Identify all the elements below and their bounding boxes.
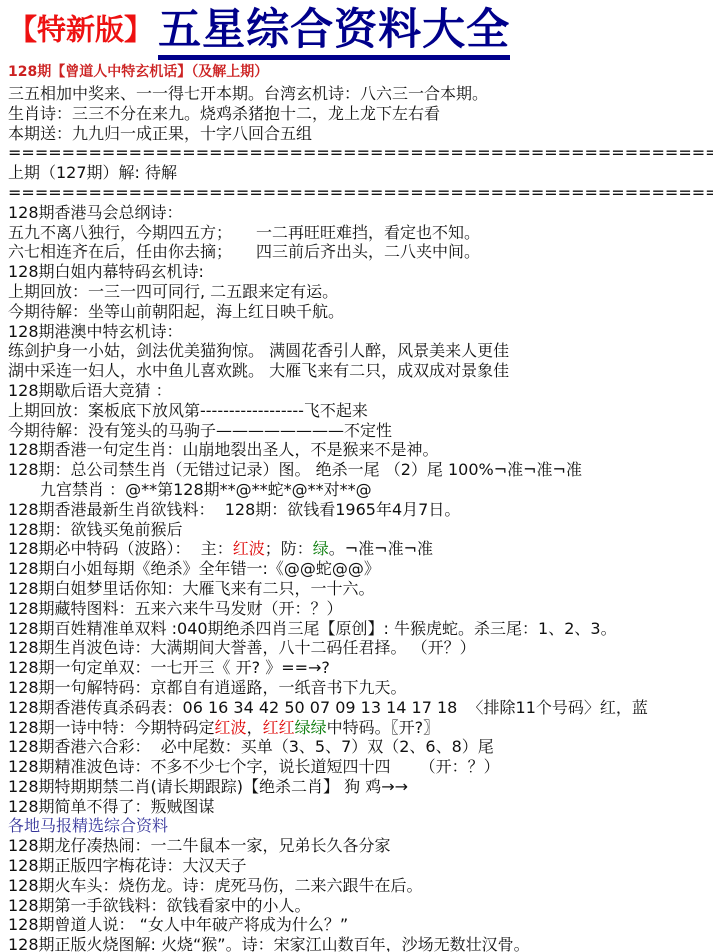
content-lines: 三五相加中奖来、一一得七开本期。台湾玄机诗：八六三一合本期。生肖诗：三三不分在来… bbox=[8, 84, 713, 952]
text-line: 九宫禁肖 ：@**第128期**@**蛇*@**对**@ bbox=[8, 480, 713, 500]
text-line: 128期必中特码（波路）： 主：红波；防：绿。¬准¬准¬准 bbox=[8, 539, 713, 559]
text-line: 128期一句定单双：一七开三《 开? 》==→? bbox=[8, 658, 713, 678]
text-line: 128期正版四字梅花诗：大汉天子 bbox=[8, 856, 713, 876]
text-line: 上期（127期）解: 待解 bbox=[8, 163, 713, 183]
page: 【特新版】 五星综合资料大全 128期【曾道人中特玄机话】（及解上期） 三五相加… bbox=[0, 0, 713, 952]
text-line: 128期：欲钱买兔前猴后 bbox=[8, 520, 713, 540]
text-line: 128期曾道人说： “女人中年破产将成为什么？” bbox=[8, 915, 713, 935]
text-line: 生肖诗：三三不分在来九。烧鸡杀猪抱十二，龙上龙下左右看 bbox=[8, 104, 713, 124]
text-line: 今期待解：坐等山前朝阳起，海上红日映千航。 bbox=[8, 302, 713, 322]
text-line: 128期第一手欲钱料：欲钱看家中的小人。 bbox=[8, 896, 713, 916]
text-line: 128期火车头：烧伤龙。诗：虎死马伤，二来六跟牛在后。 bbox=[8, 876, 713, 896]
text-line: 上期回放：一三一四可同行, 二五跟来定有运。 bbox=[8, 282, 713, 302]
page-header: 【特新版】 五星综合资料大全 bbox=[8, 2, 713, 60]
text-line: 128期香港最新生肖欲钱料： 128期：欲钱看1965年4月7日。 bbox=[8, 500, 713, 520]
text-line: 上期回放：案板底下放风第------------------飞不起来 bbox=[8, 401, 713, 421]
text-line: 128期龙仔凑热闹：一二牛鼠本一家，兄弟长久各分家 bbox=[8, 836, 713, 856]
text-line: 练剑护身一小姑，剑法优美猫狗惊。 满圆花香引人醉，风景美来人更佳 bbox=[8, 341, 713, 361]
text-line: 128期一诗中特：今期特码定红波，红红绿绿中特码。〖开?〗 bbox=[8, 718, 713, 738]
text-line: 128期港澳中特玄机诗： bbox=[8, 322, 713, 342]
text-line: 128期白姐内幕特码玄机诗: bbox=[8, 262, 713, 282]
text-line: 128期歇后语大竞猜 ： bbox=[8, 381, 713, 401]
text-line: 128期香港传真杀码表：06 16 34 42 50 07 09 13 14 1… bbox=[8, 698, 713, 718]
text-line: 湖中采连一妇人，水中鱼儿喜欢跳。 大雁飞来有二只，成双成对景象佳 bbox=[8, 361, 713, 381]
text-line: 128期香港一句定生肖：山崩地裂出圣人，不是猴来不是神。 bbox=[8, 440, 713, 460]
text-line: 128期特期期禁二肖(请长期跟踪)【绝杀二肖】 狗 鸡→→ bbox=[8, 777, 713, 797]
text-line: 128期白姐梦里话你知：大雁飞来有二只，一十六。 bbox=[8, 579, 713, 599]
text-line: 128期白小姐每期《绝杀》全年错一:《@@蛇@@》 bbox=[8, 559, 713, 579]
text-line: 128期精准波色诗：不多不少七个字，说长道短四十四 （开：？） bbox=[8, 757, 713, 777]
issue-subtitle: 128期【曾道人中特玄机话】（及解上期） bbox=[8, 63, 713, 82]
divider-line: ========================================… bbox=[8, 183, 713, 203]
text-line: 128期香港马会总纲诗： bbox=[8, 203, 713, 223]
text-line: 128期藏特图料：五来六来牛马发财（开：？） bbox=[8, 599, 713, 619]
divider-line: ========================================… bbox=[8, 143, 713, 163]
text-line: 128期百姓精准单双料 :040期绝杀四肖三尾【原创】: 牛猴虎蛇。杀三尾：1、… bbox=[8, 619, 713, 639]
text-line: 128期正版火烧图解: 火烧“猴”。诗：宋家江山数百年，沙场无数壮汉骨。 bbox=[8, 935, 713, 952]
text-line: 六七相连齐在后，任由你去摘； 四三前后齐出头，二八夹中间。 bbox=[8, 242, 713, 262]
text-line: 128期一句解特码：京都自有逍遥路，一纸音书下九天。 bbox=[8, 678, 713, 698]
edition-badge: 【特新版】 bbox=[8, 15, 153, 47]
page-title: 五星综合资料大全 bbox=[158, 7, 510, 60]
text-line: 128期：总公司禁生肖（无错过记录）图。 绝杀一尾 （2）尾 100%¬准¬准¬… bbox=[8, 460, 713, 480]
text-line: 128期生肖波色诗：大满期间大誉善，八十二码任君择。 （开？） bbox=[8, 638, 713, 658]
text-line: 本期送：九九归一成正果，十字八回合五组 bbox=[8, 124, 713, 144]
text-line: 三五相加中奖来、一一得七开本期。台湾玄机诗：八六三一合本期。 bbox=[8, 84, 713, 104]
text-line: 128期香港六合彩： 必中尾数：买单（3、5、7）双（2、6、8）尾 bbox=[8, 737, 713, 757]
text-line: 今期待解：没有笼头的马驹子————————不定性 bbox=[8, 421, 713, 441]
text-line: 128期简单不得了：叛贼图谋 bbox=[8, 797, 713, 817]
text-line: 各地马报精选综合资料 bbox=[8, 816, 713, 836]
text-line: 五九不离八独行，今期四五方； 一二再旺旺难挡，看定也不知。 bbox=[8, 223, 713, 243]
